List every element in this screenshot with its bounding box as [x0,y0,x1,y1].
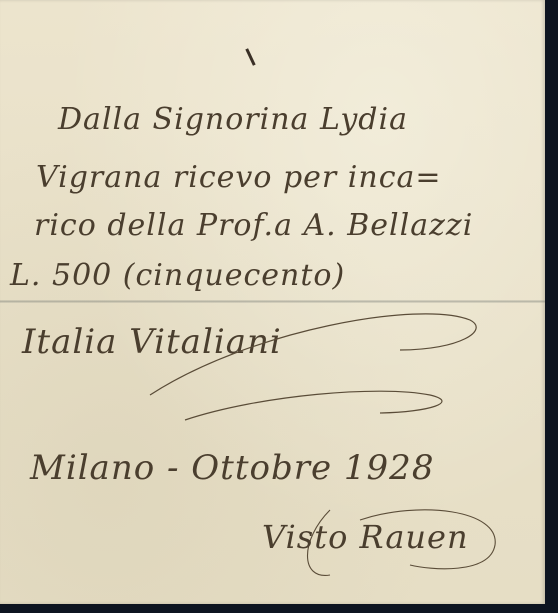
receipt-amount: L. 500 (cinquecento) [10,258,345,293]
ink-mark [245,48,255,66]
paper-fold-crease [0,300,545,303]
receipt-line-2: Vigrana ricevo per inca= [36,160,442,195]
paper-sheet: Dalla Signorina Lydia Vigrana ricevo per… [0,0,545,604]
signature-italia-vitaliani: Italia Vitaliani [22,322,282,362]
place-and-date: Milano - Ottobre 1928 [30,448,434,488]
scanned-document: Dalla Signorina Lydia Vigrana ricevo per… [0,0,558,613]
signature-visto: Visto Rauen [262,518,469,556]
receipt-line-1: Dalla Signorina Lydia [58,102,408,137]
receipt-line-3: rico della Prof.a A. Bellazzi [34,208,473,243]
